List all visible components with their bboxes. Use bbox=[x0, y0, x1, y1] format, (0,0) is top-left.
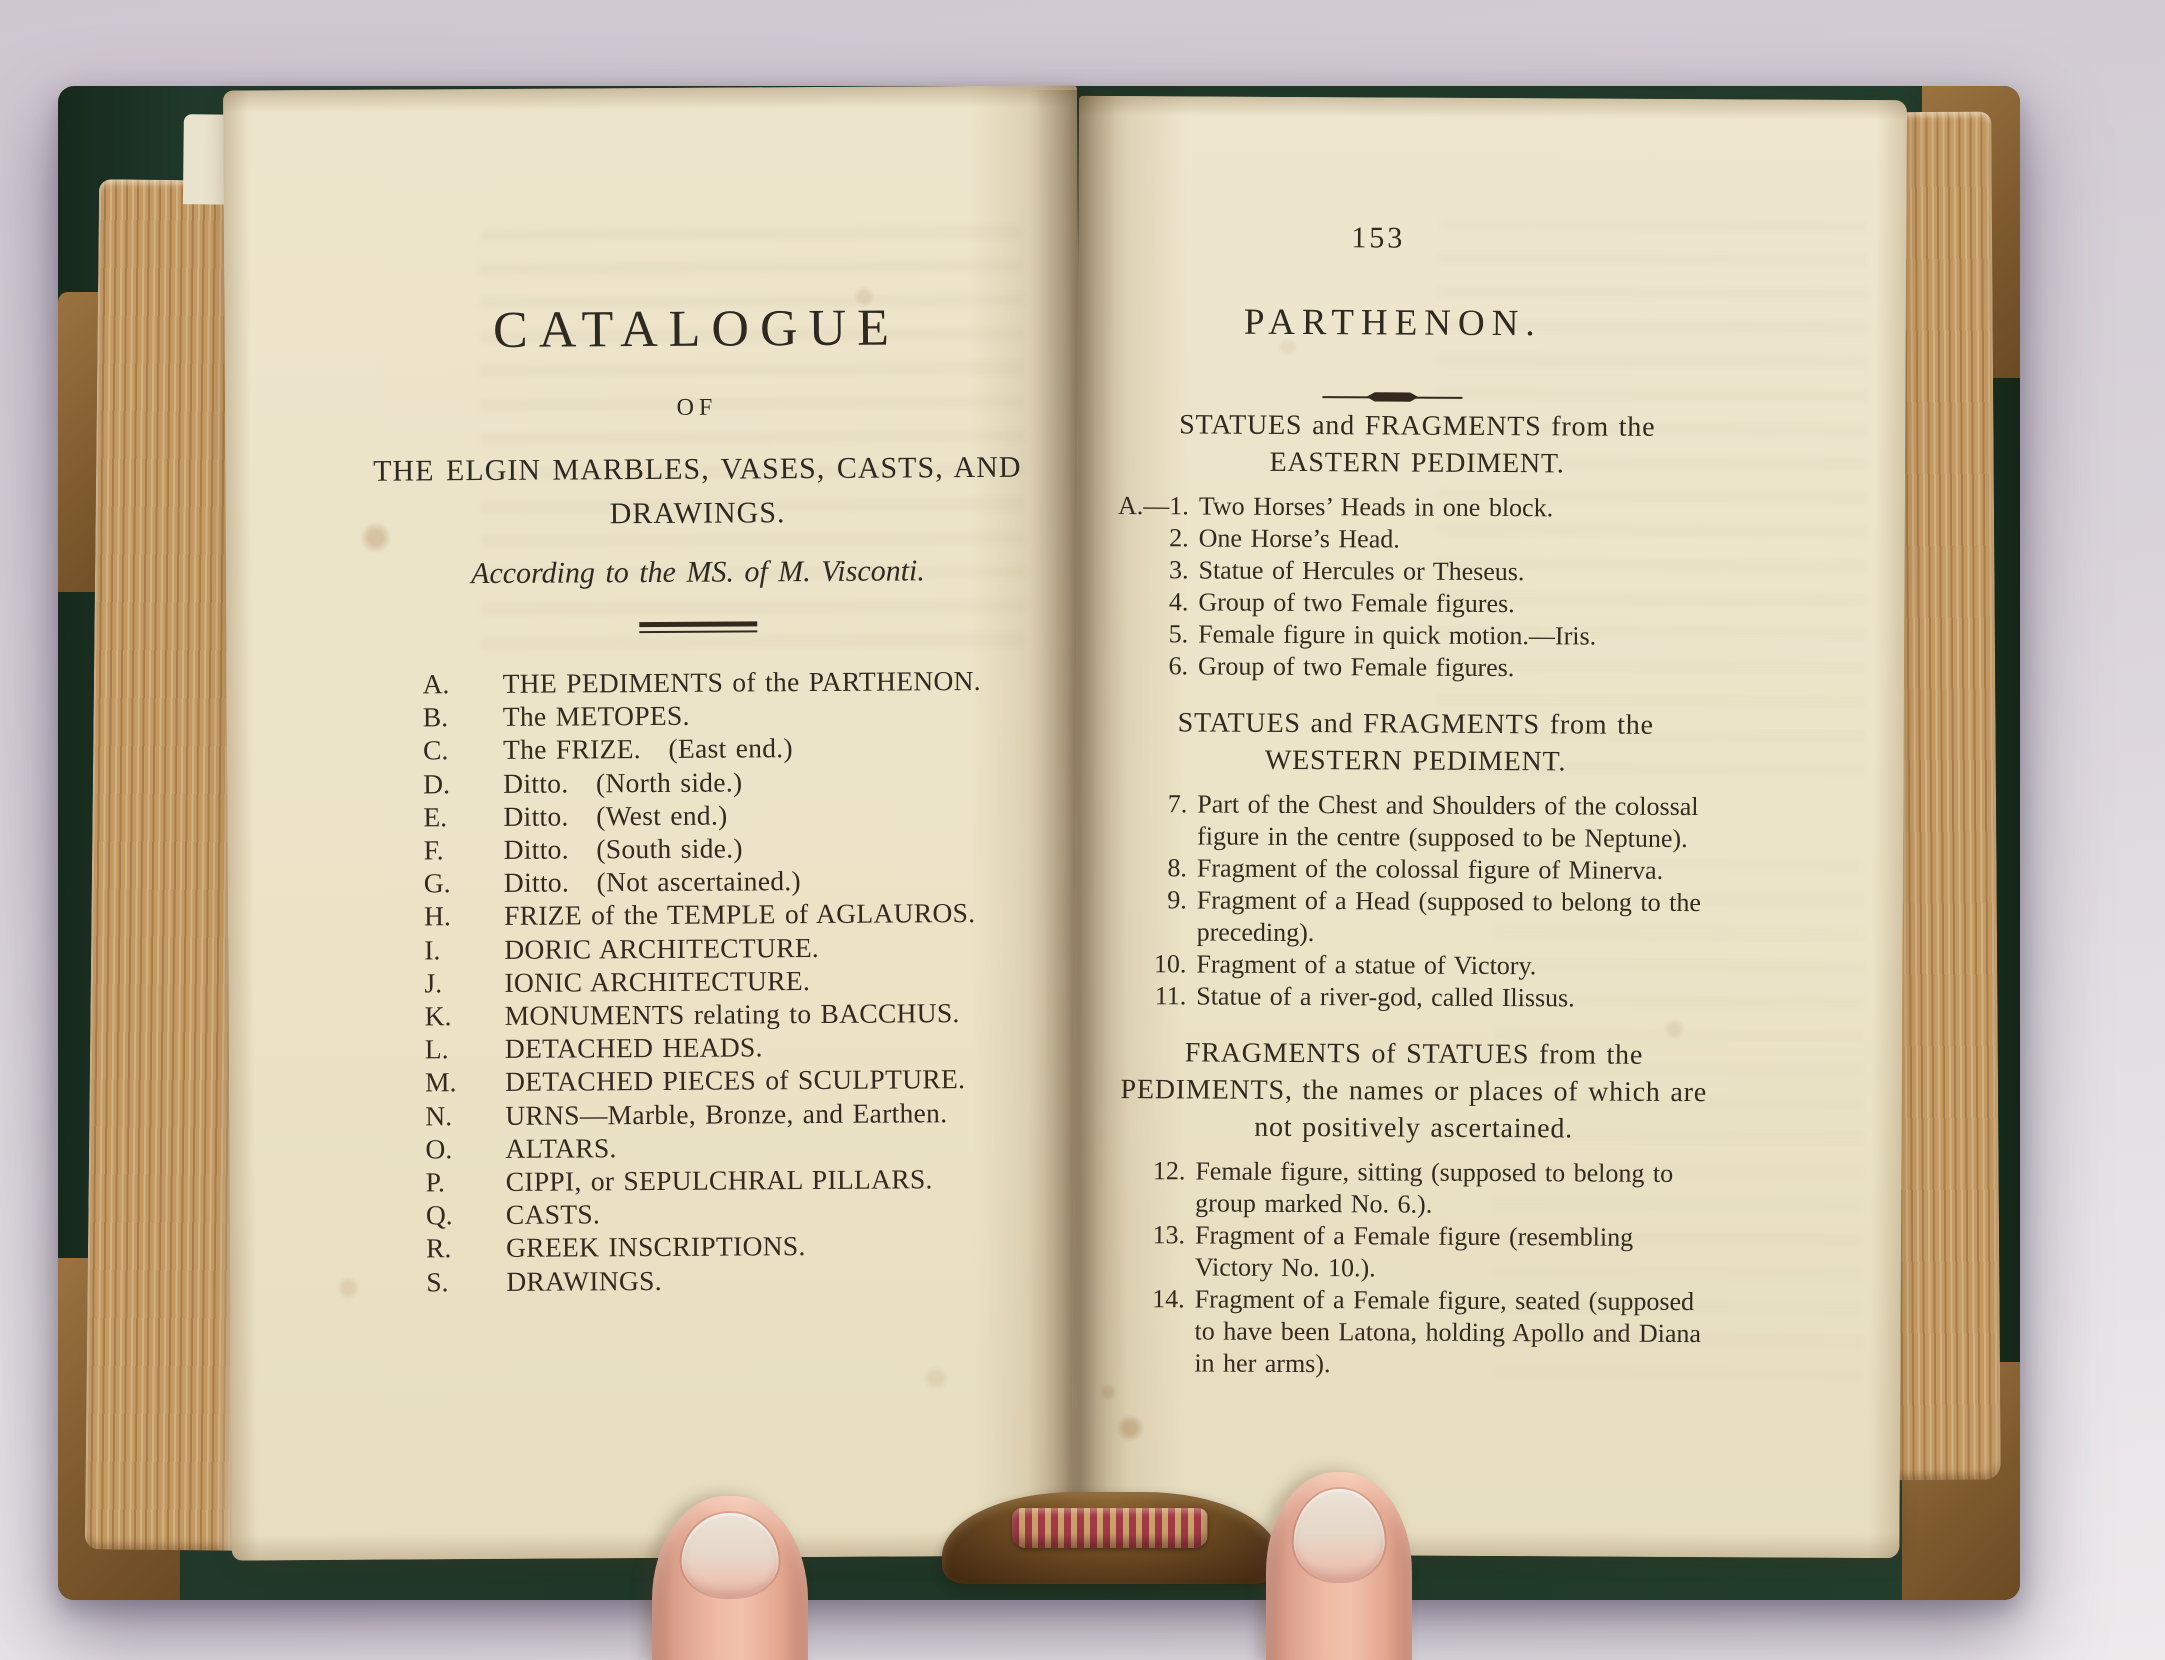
catalogue-item: C. The FRIZE. (East end.) bbox=[227, 730, 1081, 768]
item-letter: A. bbox=[423, 667, 503, 701]
catalogue-entry: 11. Statue of a river-god, called Ilissu… bbox=[1108, 980, 1720, 1015]
item-letter: Q. bbox=[426, 1198, 506, 1232]
section-heading: FRAGMENTS of STATUES from the PEDIMENTS,… bbox=[1108, 1034, 1721, 1148]
catalogue-item: J. IONIC ARCHITECTURE. bbox=[228, 962, 1082, 1000]
catalogue-of-label: OF bbox=[321, 392, 1073, 424]
catalogue-item: K. MONUMENTS relating to BACCHUS. bbox=[229, 995, 1083, 1033]
catalogue-entry: 2. One Horse’s Head. bbox=[1111, 522, 1723, 557]
catalogue-item: N. URNS—Marble, Bronze, and Earthen. bbox=[229, 1095, 1083, 1133]
section-heading: STATUES and FRAGMENTS from the EASTERN P… bbox=[1111, 406, 1723, 483]
item-text: MONUMENTS relating to BACCHUS. bbox=[505, 996, 960, 1032]
finger-right bbox=[1266, 1472, 1412, 1660]
section-items: 7. Part of the Chest and Shoulders of th… bbox=[1108, 788, 1721, 1015]
pediment-section: STATUES and FRAGMENTS from the WESTERN P… bbox=[1108, 704, 1722, 1015]
catalogue-title: CATALOGUE bbox=[320, 297, 1072, 361]
item-letter: E. bbox=[423, 800, 503, 834]
entry-text: Group of two Female figures. bbox=[1188, 586, 1514, 620]
catalogue-item: G. Ditto. (Not ascertained.) bbox=[228, 863, 1082, 901]
item-text: CIPPI, or SEPULCHRAL PILLARS. bbox=[506, 1162, 933, 1198]
catalogue-item: L. DETACHED HEADS. bbox=[229, 1029, 1083, 1067]
catalogue-subtitle-line1: THE ELGIN MARBLES, VASES, CASTS, AND bbox=[321, 445, 1073, 494]
fingernail bbox=[1294, 1489, 1385, 1581]
item-letter: O. bbox=[425, 1132, 505, 1166]
item-text: THE PEDIMENTS of the PARTHENON. bbox=[503, 664, 982, 700]
item-letter: B. bbox=[423, 700, 503, 734]
item-text: Ditto. (West end.) bbox=[503, 798, 727, 833]
item-text: Ditto. (Not ascertained.) bbox=[504, 864, 801, 899]
catalogue-entry: 14. Fragment of a Female figure, seated … bbox=[1106, 1283, 1718, 1382]
entry-text: Statue of a river-god, called Ilissus. bbox=[1186, 980, 1575, 1014]
item-letter: M. bbox=[425, 1065, 505, 1099]
item-text: URNS—Marble, Bronze, and Earthen. bbox=[505, 1096, 947, 1132]
pediment-section: FRAGMENTS of STATUES from the PEDIMENTS,… bbox=[1106, 1034, 1720, 1382]
entry-text: Group of two Female figures. bbox=[1188, 650, 1514, 684]
item-text: IONIC ARCHITECTURE. bbox=[504, 964, 810, 999]
page-number: 153 bbox=[1078, 220, 1678, 257]
section-items: A.—1. Two Horses’ Heads in one block. 2.… bbox=[1110, 490, 1723, 685]
catalogue-list: A. THE PEDIMENTS of the PARTHENON. B. Th… bbox=[227, 663, 1085, 1299]
item-text: Ditto. (South side.) bbox=[504, 831, 743, 866]
catalogue-entry: 7. Part of the Chest and Shoulders of th… bbox=[1109, 788, 1721, 855]
section-divider-ornament bbox=[1292, 391, 1492, 403]
item-letter: I. bbox=[424, 933, 504, 967]
catalogue-item: O. ALTARS. bbox=[229, 1128, 1083, 1166]
entry-text: Fragment of a statue of Victory. bbox=[1186, 948, 1536, 982]
catalogue-item: E. Ditto. (West end.) bbox=[227, 796, 1081, 834]
catalogue-item: R. GREEK INSCRIPTIONS. bbox=[230, 1228, 1084, 1266]
item-letter: D. bbox=[423, 767, 503, 801]
section-heading: STATUES and FRAGMENTS from the WESTERN P… bbox=[1109, 704, 1721, 781]
catalogue-item: I. DORIC ARCHITECTURE. bbox=[228, 929, 1082, 967]
item-text: The FRIZE. (East end.) bbox=[503, 732, 793, 767]
catalogue-item: D. Ditto. (North side.) bbox=[227, 763, 1081, 801]
entry-text: Two Horses’ Heads in one block. bbox=[1189, 490, 1553, 524]
book-photo: CATALOGUE OF THE ELGIN MARBLES, VASES, C… bbox=[0, 0, 2165, 1660]
catalogue-item: P. CIPPI, or SEPULCHRAL PILLARS. bbox=[230, 1161, 1084, 1199]
spine-tail bbox=[942, 1492, 1278, 1584]
item-letter: G. bbox=[424, 866, 504, 900]
catalogue-entry: 8. Fragment of the colossal figure of Mi… bbox=[1109, 852, 1721, 887]
gutter-shadow bbox=[1028, 90, 1128, 1552]
rule-thick bbox=[639, 621, 757, 627]
catalogue-entry: 3. Statue of Hercules or Theseus. bbox=[1110, 554, 1722, 589]
item-letter: N. bbox=[425, 1099, 505, 1133]
item-text: DETACHED PIECES of SCULPTURE. bbox=[505, 1063, 965, 1099]
catalogue-entry: 12. Female figure, sitting (supposed to … bbox=[1107, 1155, 1719, 1222]
item-text: CASTS. bbox=[506, 1198, 600, 1232]
item-text: GREEK INSCRIPTIONS. bbox=[506, 1230, 806, 1265]
catalogue-item: Q. CASTS. bbox=[230, 1195, 1084, 1233]
item-text: The METOPES. bbox=[503, 699, 690, 733]
item-text: DETACHED HEADS. bbox=[505, 1031, 763, 1066]
item-text: ALTARS. bbox=[505, 1131, 616, 1165]
entry-text: Part of the Chest and Shoulders of the c… bbox=[1187, 788, 1721, 855]
parthenon-heading: PARTHENON. bbox=[1078, 300, 1708, 346]
section-items: 12. Female figure, sitting (supposed to … bbox=[1106, 1155, 1719, 1382]
catalogue-item: S. DRAWINGS. bbox=[230, 1261, 1084, 1299]
rule-thin bbox=[639, 630, 757, 633]
entry-text: Female figure in quick motion.—Iris. bbox=[1188, 618, 1596, 652]
catalogue-entry: 13. Fragment of a Female figure (resembl… bbox=[1107, 1219, 1719, 1286]
catalogue-entry: 9. Fragment of a Head (supposed to belon… bbox=[1109, 884, 1721, 951]
pediment-section: STATUES and FRAGMENTS from the EASTERN P… bbox=[1110, 406, 1723, 685]
catalogue-attribution: According to the MS. of M. Visconti. bbox=[322, 553, 1074, 592]
item-letter: C. bbox=[423, 733, 503, 767]
entry-text: Fragment of a Female figure (resembling … bbox=[1185, 1219, 1719, 1286]
fingernail bbox=[682, 1513, 779, 1597]
catalogue-item: F. Ditto. (South side.) bbox=[228, 829, 1082, 867]
item-letter: K. bbox=[425, 999, 505, 1033]
catalogue-entry: 10. Fragment of a statue of Victory. bbox=[1108, 948, 1720, 983]
endband bbox=[1012, 1508, 1208, 1548]
entry-text: Female figure, sitting (supposed to belo… bbox=[1185, 1155, 1719, 1222]
item-text: DRAWINGS. bbox=[506, 1264, 662, 1298]
left-page-heading-block: CATALOGUE OF THE ELGIN MARBLES, VASES, C… bbox=[320, 297, 1074, 635]
item-letter: H. bbox=[424, 899, 504, 933]
double-rule bbox=[639, 621, 757, 633]
entry-text: One Horse’s Head. bbox=[1189, 522, 1400, 555]
diamond-icon bbox=[1366, 391, 1418, 402]
right-page: 153 PARTHENON. STATUES and FRAGMENTS fro… bbox=[1071, 96, 1907, 1558]
item-text: FRIZE of the TEMPLE of AGLAUROS. bbox=[504, 896, 976, 932]
item-letter: R. bbox=[426, 1231, 506, 1265]
entry-text: Fragment of a Head (supposed to belong t… bbox=[1187, 884, 1721, 951]
item-letter: S. bbox=[426, 1265, 506, 1299]
item-text: Ditto. (North side.) bbox=[503, 765, 742, 800]
right-page-content: STATUES and FRAGMENTS from the EASTERN P… bbox=[1106, 406, 1723, 1382]
catalogue-item: B. The METOPES. bbox=[227, 697, 1081, 735]
catalogue-item: M. DETACHED PIECES of SCULPTURE. bbox=[229, 1062, 1083, 1100]
left-page: CATALOGUE OF THE ELGIN MARBLES, VASES, C… bbox=[223, 85, 1086, 1560]
catalogue-subtitle-line2: DRAWINGS. bbox=[321, 489, 1073, 538]
entry-text: Fragment of a Female figure, seated (sup… bbox=[1184, 1283, 1718, 1382]
catalogue-entry: 6. Group of two Female figures. bbox=[1110, 650, 1722, 685]
item-letter: L. bbox=[425, 1032, 505, 1066]
catalogue-item: A. THE PEDIMENTS of the PARTHENON. bbox=[227, 663, 1081, 701]
catalogue-entry: 5. Female figure in quick motion.—Iris. bbox=[1110, 618, 1722, 653]
item-text: DORIC ARCHITECTURE. bbox=[504, 931, 819, 966]
item-letter: F. bbox=[424, 833, 504, 867]
item-letter: J. bbox=[424, 966, 504, 1000]
entry-text: Fragment of the colossal figure of Miner… bbox=[1187, 852, 1663, 886]
catalogue-entry: 4. Group of two Female figures. bbox=[1110, 586, 1722, 621]
entry-text: Statue of Hercules or Theseus. bbox=[1188, 554, 1524, 588]
catalogue-item: H. FRIZE of the TEMPLE of AGLAUROS. bbox=[228, 896, 1082, 934]
catalogue-entry: A.—1. Two Horses’ Heads in one block. bbox=[1111, 490, 1723, 525]
item-letter: P. bbox=[426, 1165, 506, 1199]
